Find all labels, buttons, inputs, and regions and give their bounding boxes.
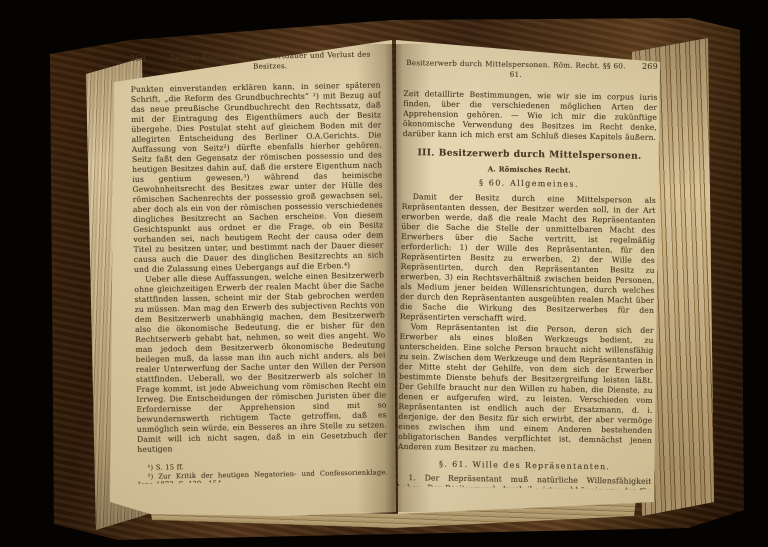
body-paragraph: Zeit detaillirte Bestimmungen, wie wir s… [403,89,658,143]
running-header-left: 268 Zweites Kapitel. Erwerb, Fortdauer u… [130,49,380,74]
photo-backdrop: 268 Zweites Kapitel. Erwerb, Fortdauer u… [0,0,768,547]
paragraph-61-heading: §. 61. Wille des Repräsentanten. [398,459,652,473]
section-heading: III. Besitzerwerb durch Mittelspersonen. [402,148,656,162]
left-page-content: 268 Zweites Kapitel. Erwerb, Fortdauer u… [130,49,388,484]
page-number-left: 268 [130,54,146,64]
body-paragraph: Ueber alle diese Auffassungen, welche ei… [134,270,387,455]
body-paragraph: Damit der Besitz durch eine Mittelsperso… [400,192,656,326]
running-header-left-title: Zweites Kapitel. Erwerb, Fortdauer und V… [160,49,380,73]
subsection-heading: A. Römisches Recht. [402,163,656,177]
running-header-right-title: Besitzerwerb durch Mittelspersonen. Röm.… [404,58,628,82]
running-header-right: Besitzerwerb durch Mittelspersonen. Röm.… [404,58,658,82]
body-paragraph: Vom Repräsentanten ist die Person, deren… [398,322,654,456]
paragraph-60-heading: § 60. Allgemeines. [402,177,656,191]
body-paragraph: Punkten einverstanden erklären kann, in … [131,80,384,275]
right-page-content: Besitzerwerb durch Mittelspersonen. Röm.… [397,58,658,490]
page-number-right: 269 [642,62,658,72]
